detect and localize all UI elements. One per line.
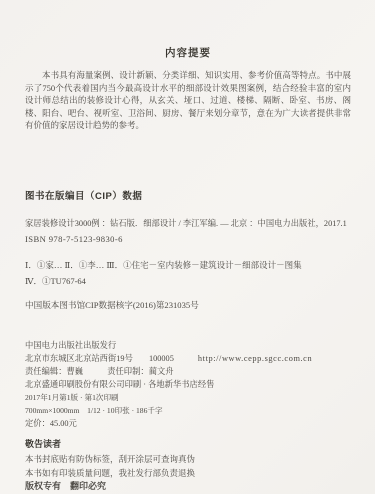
cip-record-number: 中国版本图书馆CIP数据核字(2016)第231035号 — [25, 299, 351, 311]
cip-classification-line-1: Ⅰ．①家… Ⅱ．①李… Ⅲ．①住宅－室内装修－建筑设计－细部设计－图集 — [25, 259, 351, 271]
notice-line-antifake: 本书封底贴有防伪标签，刮开涂层可查询真伪 — [25, 455, 351, 464]
colophon-block: 中国电力出版社出版发行 北京市东城区北京站西街19号 100005 http:/… — [25, 342, 351, 429]
staff-row: 责任编辑：曹巍 责任印制：蔺文舟 — [25, 368, 351, 377]
notice-line-returns: 本书如有印装质量问题，我社发行部负责退换 — [25, 469, 351, 478]
reader-notice-block: 敬告读者 本书封底贴有防伪标签，刮开涂层可查询真伪 本书如有印装质量问题，我社发… — [25, 437, 351, 491]
editor-name: 曹巍 — [67, 367, 84, 376]
cip-classification-line-2: Ⅳ．①TU767-64 — [25, 275, 351, 287]
printer-label: 责任印制： — [107, 367, 149, 376]
publisher-website: http://www.cepp.sgcc.com.cn — [198, 354, 312, 363]
book-copyright-page: 内容提要 本书具有海量案例、设计新颖、分类详细、知识实用、参考价值高等特点。书中… — [0, 0, 375, 494]
edition-line: 2017年1月第1版 · 第1次印刷 — [25, 394, 351, 403]
format-line: 700mm×1000mm 1/12 · 10印张 · 186千字 — [25, 407, 351, 416]
printer-name: 蔺文舟 — [149, 367, 174, 376]
publisher-address: 北京市东城区北京站西街19号 — [25, 354, 133, 363]
publisher-address-row: 北京市东城区北京站西街19号 100005 http://www.cepp.sg… — [25, 355, 351, 364]
cip-heading: 图书在版编目（CIP）数据 — [25, 188, 351, 202]
publisher-postcode: 100005 — [149, 354, 174, 363]
content-summary-heading: 内容提要 — [25, 45, 351, 60]
isbn-line: ISBN 978-7-5123-9830-6 — [25, 234, 351, 244]
editor-label: 责任编辑： — [25, 367, 67, 376]
publisher-line: 中国电力出版社出版发行 — [25, 342, 351, 351]
notice-heading: 敬告读者 — [25, 437, 351, 450]
price-line: 定价：45.00元 — [25, 420, 351, 429]
copyright-statement: 版权专有 翻印必究 — [25, 482, 351, 491]
print-house-line: 北京盛通印刷股份有限公司印刷 · 各地新华书店经售 — [25, 381, 351, 390]
cip-entry-line: 家居装修设计3000例 ：钻石版．细部设计 / 李江军编. — 北京 ：中国电力… — [25, 217, 351, 229]
content-summary-paragraph: 本书具有海量案例、设计新颖、分类详细、知识实用、参考价值高等特点。书中展示了75… — [25, 69, 351, 132]
